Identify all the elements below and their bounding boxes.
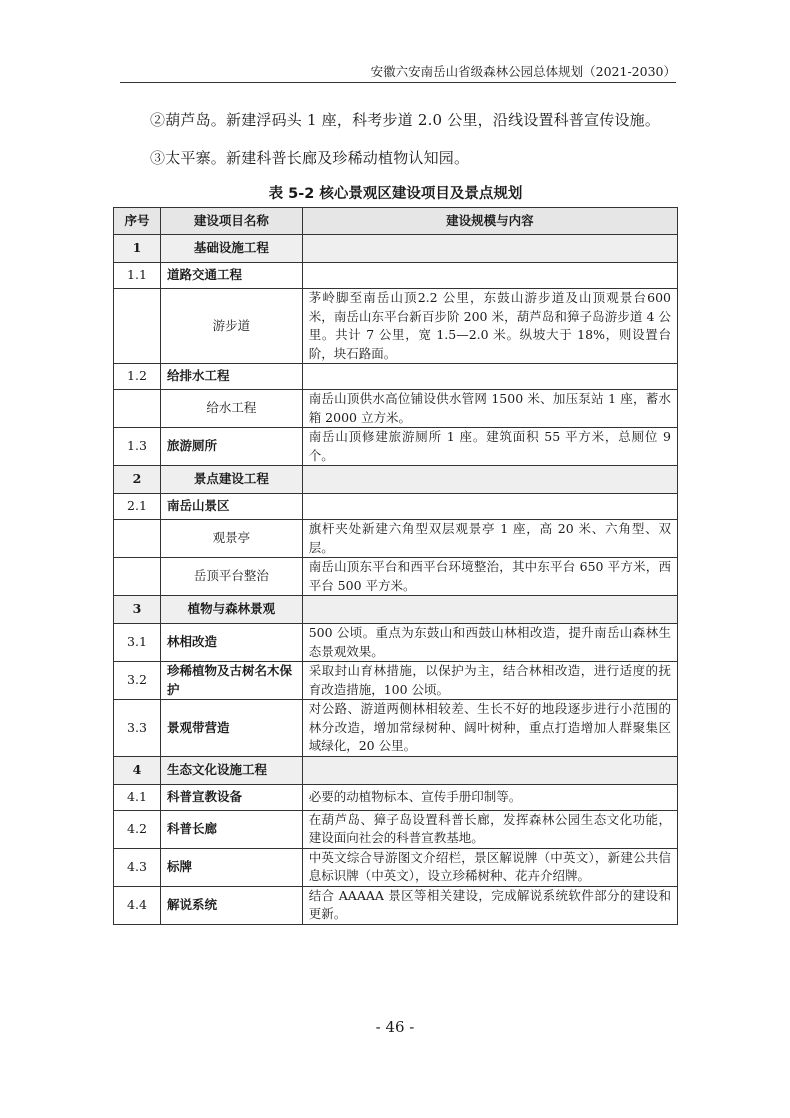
page-number: - 46 -: [0, 1018, 790, 1036]
row-content: 南岳山顶修建旅游厕所 1 座。建筑面积 55 平方米，总厕位 9 个。: [302, 428, 677, 466]
row-content: [302, 263, 677, 289]
paragraph-hulu-island: ②葫芦岛。新建浮码头 1 座，科考步道 2.0 公里，沿线设置科普宣传设施。: [150, 110, 660, 130]
row-project-name: 给水工程: [160, 390, 302, 428]
table-header-row: 序号 建设项目名称 建设规模与内容: [114, 208, 678, 235]
row-number: 1: [114, 235, 161, 263]
row-project-name: 珍稀植物及古树名木保护: [160, 662, 302, 700]
table-row-subsection: 4.4 解说系统 结合 AAAAA 景区等相关建设，完成解说系统软件部分的建设和…: [114, 886, 678, 924]
table-row-item: 游步道 茅岭脚至南岳山顶2.2 公里，东鼓山游步道及山顶观景台600 米，南岳山…: [114, 289, 678, 364]
row-content: 在葫芦岛、獐子岛设置科普长廊，发挥森林公园生态文化功能，建设面向社会的科普宣教基…: [302, 810, 677, 848]
row-project-name: 科普宣教设备: [160, 784, 302, 810]
row-number: 4.1: [114, 784, 161, 810]
row-project-name: 观景亭: [160, 520, 302, 558]
row-content: 中英文综合导游图文介绍栏，景区解说牌（中英文），新建公共信息标识牌（中英文），设…: [302, 848, 677, 886]
row-project-name: 科普长廊: [160, 810, 302, 848]
row-content: 采取封山育林措施，以保护为主，结合林相改造，进行适度的抚育改造措施，100 公顷…: [302, 662, 677, 700]
row-content: 旗杆夹处新建六角型双层观景亭 1 座，高 20 米、六角型、双层。: [302, 520, 677, 558]
row-content: 结合 AAAAA 景区等相关建设，完成解说系统软件部分的建设和更新。: [302, 886, 677, 924]
table-row-subsection: 3.3 景观带营造 对公路、游道两侧林相较差、生长不好的地段逐步进行小范围的林分…: [114, 700, 678, 757]
row-number: 4.4: [114, 886, 161, 924]
document-title: 安徽六安南岳山省级森林公园总体规划（2021-2030）: [371, 64, 676, 79]
row-project-name: 林相改造: [160, 624, 302, 662]
table-row-subsection: 3.2 珍稀植物及古树名木保护 采取封山育林措施，以保护为主，结合林相改造，进行…: [114, 662, 678, 700]
row-content: [302, 494, 677, 520]
table-row-item: 岳顶平台整治 南岳山顶东平台和西平台环境整治，其中东平台 650 平方米，西平台…: [114, 558, 678, 596]
column-header-scale-content: 建设规模与内容: [302, 208, 677, 235]
row-project-name: 植物与森林景观: [160, 596, 302, 624]
row-number: 2: [114, 466, 161, 494]
row-content: 对公路、游道两侧林相较差、生长不好的地段逐步进行小范围的林分改造，增加常绿树种、…: [302, 700, 677, 757]
row-number: 3: [114, 596, 161, 624]
row-content: 必要的动植物标本、宣传手册印制等。: [302, 784, 677, 810]
table-row-subsection: 2.1 南岳山景区: [114, 494, 678, 520]
row-project-name: 解说系统: [160, 886, 302, 924]
row-number: 1.3: [114, 428, 161, 466]
row-number: 1.1: [114, 263, 161, 289]
table-row-subsection: 4.1 科普宣教设备 必要的动植物标本、宣传手册印制等。: [114, 784, 678, 810]
running-header: 安徽六安南岳山省级森林公园总体规划（2021-2030）: [120, 62, 676, 83]
row-number: [114, 390, 161, 428]
row-project-name: 基础设施工程: [160, 235, 302, 263]
table-row-subsection: 3.1 林相改造 500 公顷。重点为东鼓山和西鼓山林相改造，提升南岳山森林生态…: [114, 624, 678, 662]
row-number: 2.1: [114, 494, 161, 520]
construction-plan-table: 序号 建设项目名称 建设规模与内容 1 基础设施工程 1.1 道路交通工程 游步…: [113, 207, 678, 925]
table-row-subsection: 1.2 给排水工程: [114, 364, 678, 390]
row-project-name: 岳顶平台整治: [160, 558, 302, 596]
row-number: 4.2: [114, 810, 161, 848]
row-content: [302, 466, 677, 494]
row-number: [114, 558, 161, 596]
row-content: 500 公顷。重点为东鼓山和西鼓山林相改造，提升南岳山森林生态景观效果。: [302, 624, 677, 662]
table-row-subsection: 4.2 科普长廊 在葫芦岛、獐子岛设置科普长廊，发挥森林公园生态文化功能，建设面…: [114, 810, 678, 848]
row-number: 4.3: [114, 848, 161, 886]
row-number: [114, 520, 161, 558]
table-row-subsection: 1.1 道路交通工程: [114, 263, 678, 289]
row-number: 4: [114, 756, 161, 784]
row-content: [302, 364, 677, 390]
table-row-section: 3 植物与森林景观: [114, 596, 678, 624]
row-project-name: 景观带营造: [160, 700, 302, 757]
table-row-item: 观景亭 旗杆夹处新建六角型双层观景亭 1 座，高 20 米、六角型、双层。: [114, 520, 678, 558]
table-row-subsection: 4.3 标牌 中英文综合导游图文介绍栏，景区解说牌（中英文），新建公共信息标识牌…: [114, 848, 678, 886]
row-content: 茅岭脚至南岳山顶2.2 公里，东鼓山游步道及山顶观景台600 米，南岳山东平台新…: [302, 289, 677, 364]
row-content: [302, 756, 677, 784]
table-caption: 表 5-2 核心景观区建设项目及景点规划: [113, 184, 678, 204]
paragraph-taiping-village: ③太平寨。新建科普长廊及珍稀动植物认知园。: [150, 148, 469, 168]
row-project-name: 生态文化设施工程: [160, 756, 302, 784]
row-project-name: 游步道: [160, 289, 302, 364]
table-row-section: 1 基础设施工程: [114, 235, 678, 263]
table-row-section: 4 生态文化设施工程: [114, 756, 678, 784]
row-content: [302, 596, 677, 624]
row-project-name: 景点建设工程: [160, 466, 302, 494]
row-project-name: 标牌: [160, 848, 302, 886]
table-row-item: 给水工程 南岳山顶供水高位铺设供水管网 1500 米、加压泵站 1 座，蓄水箱 …: [114, 390, 678, 428]
row-content: 南岳山顶东平台和西平台环境整治，其中东平台 650 平方米，西平台 500 平方…: [302, 558, 677, 596]
column-header-project-name: 建设项目名称: [160, 208, 302, 235]
row-number: 1.2: [114, 364, 161, 390]
row-content: [302, 235, 677, 263]
row-number: 3.1: [114, 624, 161, 662]
row-project-name: 旅游厕所: [160, 428, 302, 466]
row-project-name: 南岳山景区: [160, 494, 302, 520]
row-number: 3.2: [114, 662, 161, 700]
row-content: 南岳山顶供水高位铺设供水管网 1500 米、加压泵站 1 座，蓄水箱 2000 …: [302, 390, 677, 428]
table-row-section: 2 景点建设工程: [114, 466, 678, 494]
row-number: [114, 289, 161, 364]
column-header-number: 序号: [114, 208, 161, 235]
row-project-name: 道路交通工程: [160, 263, 302, 289]
row-project-name: 给排水工程: [160, 364, 302, 390]
row-number: 3.3: [114, 700, 161, 757]
table-row-subsection: 1.3 旅游厕所 南岳山顶修建旅游厕所 1 座。建筑面积 55 平方米，总厕位 …: [114, 428, 678, 466]
